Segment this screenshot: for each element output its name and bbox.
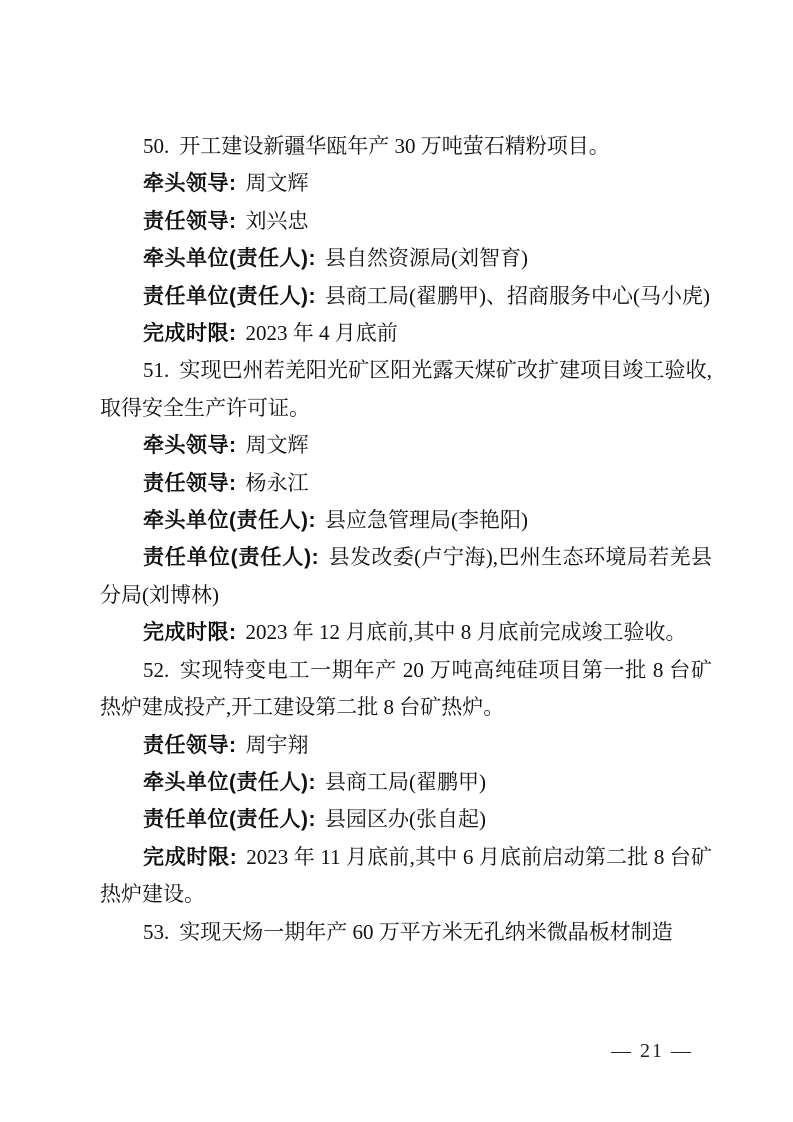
- field-label: 牵头单位(责任人):: [143, 509, 316, 532]
- document-body: 50.开工建设新疆华瓯年产 30 万吨萤石精粉项目。 牵头领导:周文辉 责任领导…: [100, 128, 712, 951]
- item-52-field-resp-unit: 责任单位(责任人):县园区办(张自起): [100, 801, 712, 838]
- item-50-field-deadline: 完成时限:2023 年 4 月底前: [100, 315, 712, 352]
- item-52-field-deadline: 完成时限:2023 年 11 月底前,其中 6 月底前启动第二批 8 台矿热炉建…: [100, 839, 712, 914]
- item-title-text: 开工建设新疆华瓯年产 30 万吨萤石精粉项目。: [179, 134, 610, 158]
- item-number: 52.: [143, 658, 169, 682]
- item-53-title: 53.实现天炀一期年产 60 万平方米无孔纳米微晶板材制造: [100, 914, 712, 951]
- field-label: 责任单位(责任人):: [143, 546, 319, 569]
- field-value: 县自然资源局(刘智育): [325, 246, 528, 270]
- field-label: 完成时限:: [143, 322, 237, 345]
- field-value: 周宇翔: [246, 733, 309, 757]
- item-52-title: 52.实现特变电工一期年产 20 万吨高纯硅项目第一批 8 台矿热炉建成投产,开…: [100, 652, 712, 727]
- document-page: 50.开工建设新疆华瓯年产 30 万吨萤石精粉项目。 牵头领导:周文辉 责任领导…: [0, 0, 793, 1122]
- item-51-title: 51.实现巴州若羌阳光矿区阳光露天煤矿改扩建项目竣工验收,取得安全生产许可证。: [100, 352, 712, 427]
- item-50-field-lead-leader: 牵头领导:周文辉: [100, 165, 712, 202]
- item-51-field-lead-unit: 牵头单位(责任人):县应急管理局(李艳阳): [100, 502, 712, 539]
- item-number: 51.: [143, 358, 169, 382]
- item-number: 50.: [143, 134, 169, 158]
- field-value: 县应急管理局(李艳阳): [325, 508, 528, 532]
- field-label: 完成时限:: [143, 621, 237, 644]
- field-label: 责任领导:: [143, 210, 237, 233]
- field-label: 责任单位(责任人):: [143, 808, 316, 831]
- field-label: 责任领导:: [143, 472, 237, 495]
- item-title-text: 实现天炀一期年产 60 万平方米无孔纳米微晶板材制造: [179, 920, 673, 944]
- field-value: 县商工局(翟鹏甲)、招商服务中心(马小虎): [325, 284, 710, 308]
- item-50-field-resp-unit: 责任单位(责任人):县商工局(翟鹏甲)、招商服务中心(马小虎): [100, 278, 712, 315]
- field-value: 周文辉: [246, 171, 309, 195]
- field-label: 牵头领导:: [143, 434, 237, 457]
- field-value: 周文辉: [246, 433, 309, 457]
- field-value: 杨永江: [246, 471, 309, 495]
- item-52-field-resp-leader: 责任领导:周宇翔: [100, 727, 712, 764]
- field-label: 牵头单位(责任人):: [143, 771, 316, 794]
- field-label: 完成时限:: [143, 846, 237, 869]
- item-50-field-resp-leader: 责任领导:刘兴忠: [100, 203, 712, 240]
- item-51-field-deadline: 完成时限:2023 年 12 月底前,其中 8 月底前完成竣工验收。: [100, 614, 712, 651]
- field-value: 2023 年 12 月底前,其中 8 月底前完成竣工验收。: [246, 620, 687, 644]
- field-label: 牵头领导:: [143, 172, 237, 195]
- field-value: 刘兴忠: [246, 209, 309, 233]
- page-number: — 21 —: [611, 1040, 693, 1063]
- item-52-field-lead-unit: 牵头单位(责任人):县商工局(翟鹏甲): [100, 764, 712, 801]
- field-value: 2023 年 4 月底前: [246, 321, 398, 345]
- item-51-field-resp-leader: 责任领导:杨永江: [100, 465, 712, 502]
- item-50-field-lead-unit: 牵头单位(责任人):县自然资源局(刘智育): [100, 240, 712, 277]
- item-50-title: 50.开工建设新疆华瓯年产 30 万吨萤石精粉项目。: [100, 128, 712, 165]
- item-51-field-resp-unit: 责任单位(责任人):县发改委(卢宁海),巴州生态环境局若羌县分局(刘博林): [100, 539, 712, 614]
- item-title-text: 实现巴州若羌阳光矿区阳光露天煤矿改扩建项目竣工验收,取得安全生产许可证。: [100, 358, 712, 419]
- field-label: 牵头单位(责任人):: [143, 247, 316, 270]
- field-label: 责任领导:: [143, 734, 237, 757]
- item-51-field-lead-leader: 牵头领导:周文辉: [100, 427, 712, 464]
- field-value: 县园区办(张自起): [325, 807, 486, 831]
- field-value: 县商工局(翟鹏甲): [325, 770, 486, 794]
- item-number: 53.: [143, 920, 169, 944]
- item-title-text: 实现特变电工一期年产 20 万吨高纯硅项目第一批 8 台矿热炉建成投产,开工建设…: [100, 658, 712, 719]
- field-label: 责任单位(责任人):: [143, 285, 316, 308]
